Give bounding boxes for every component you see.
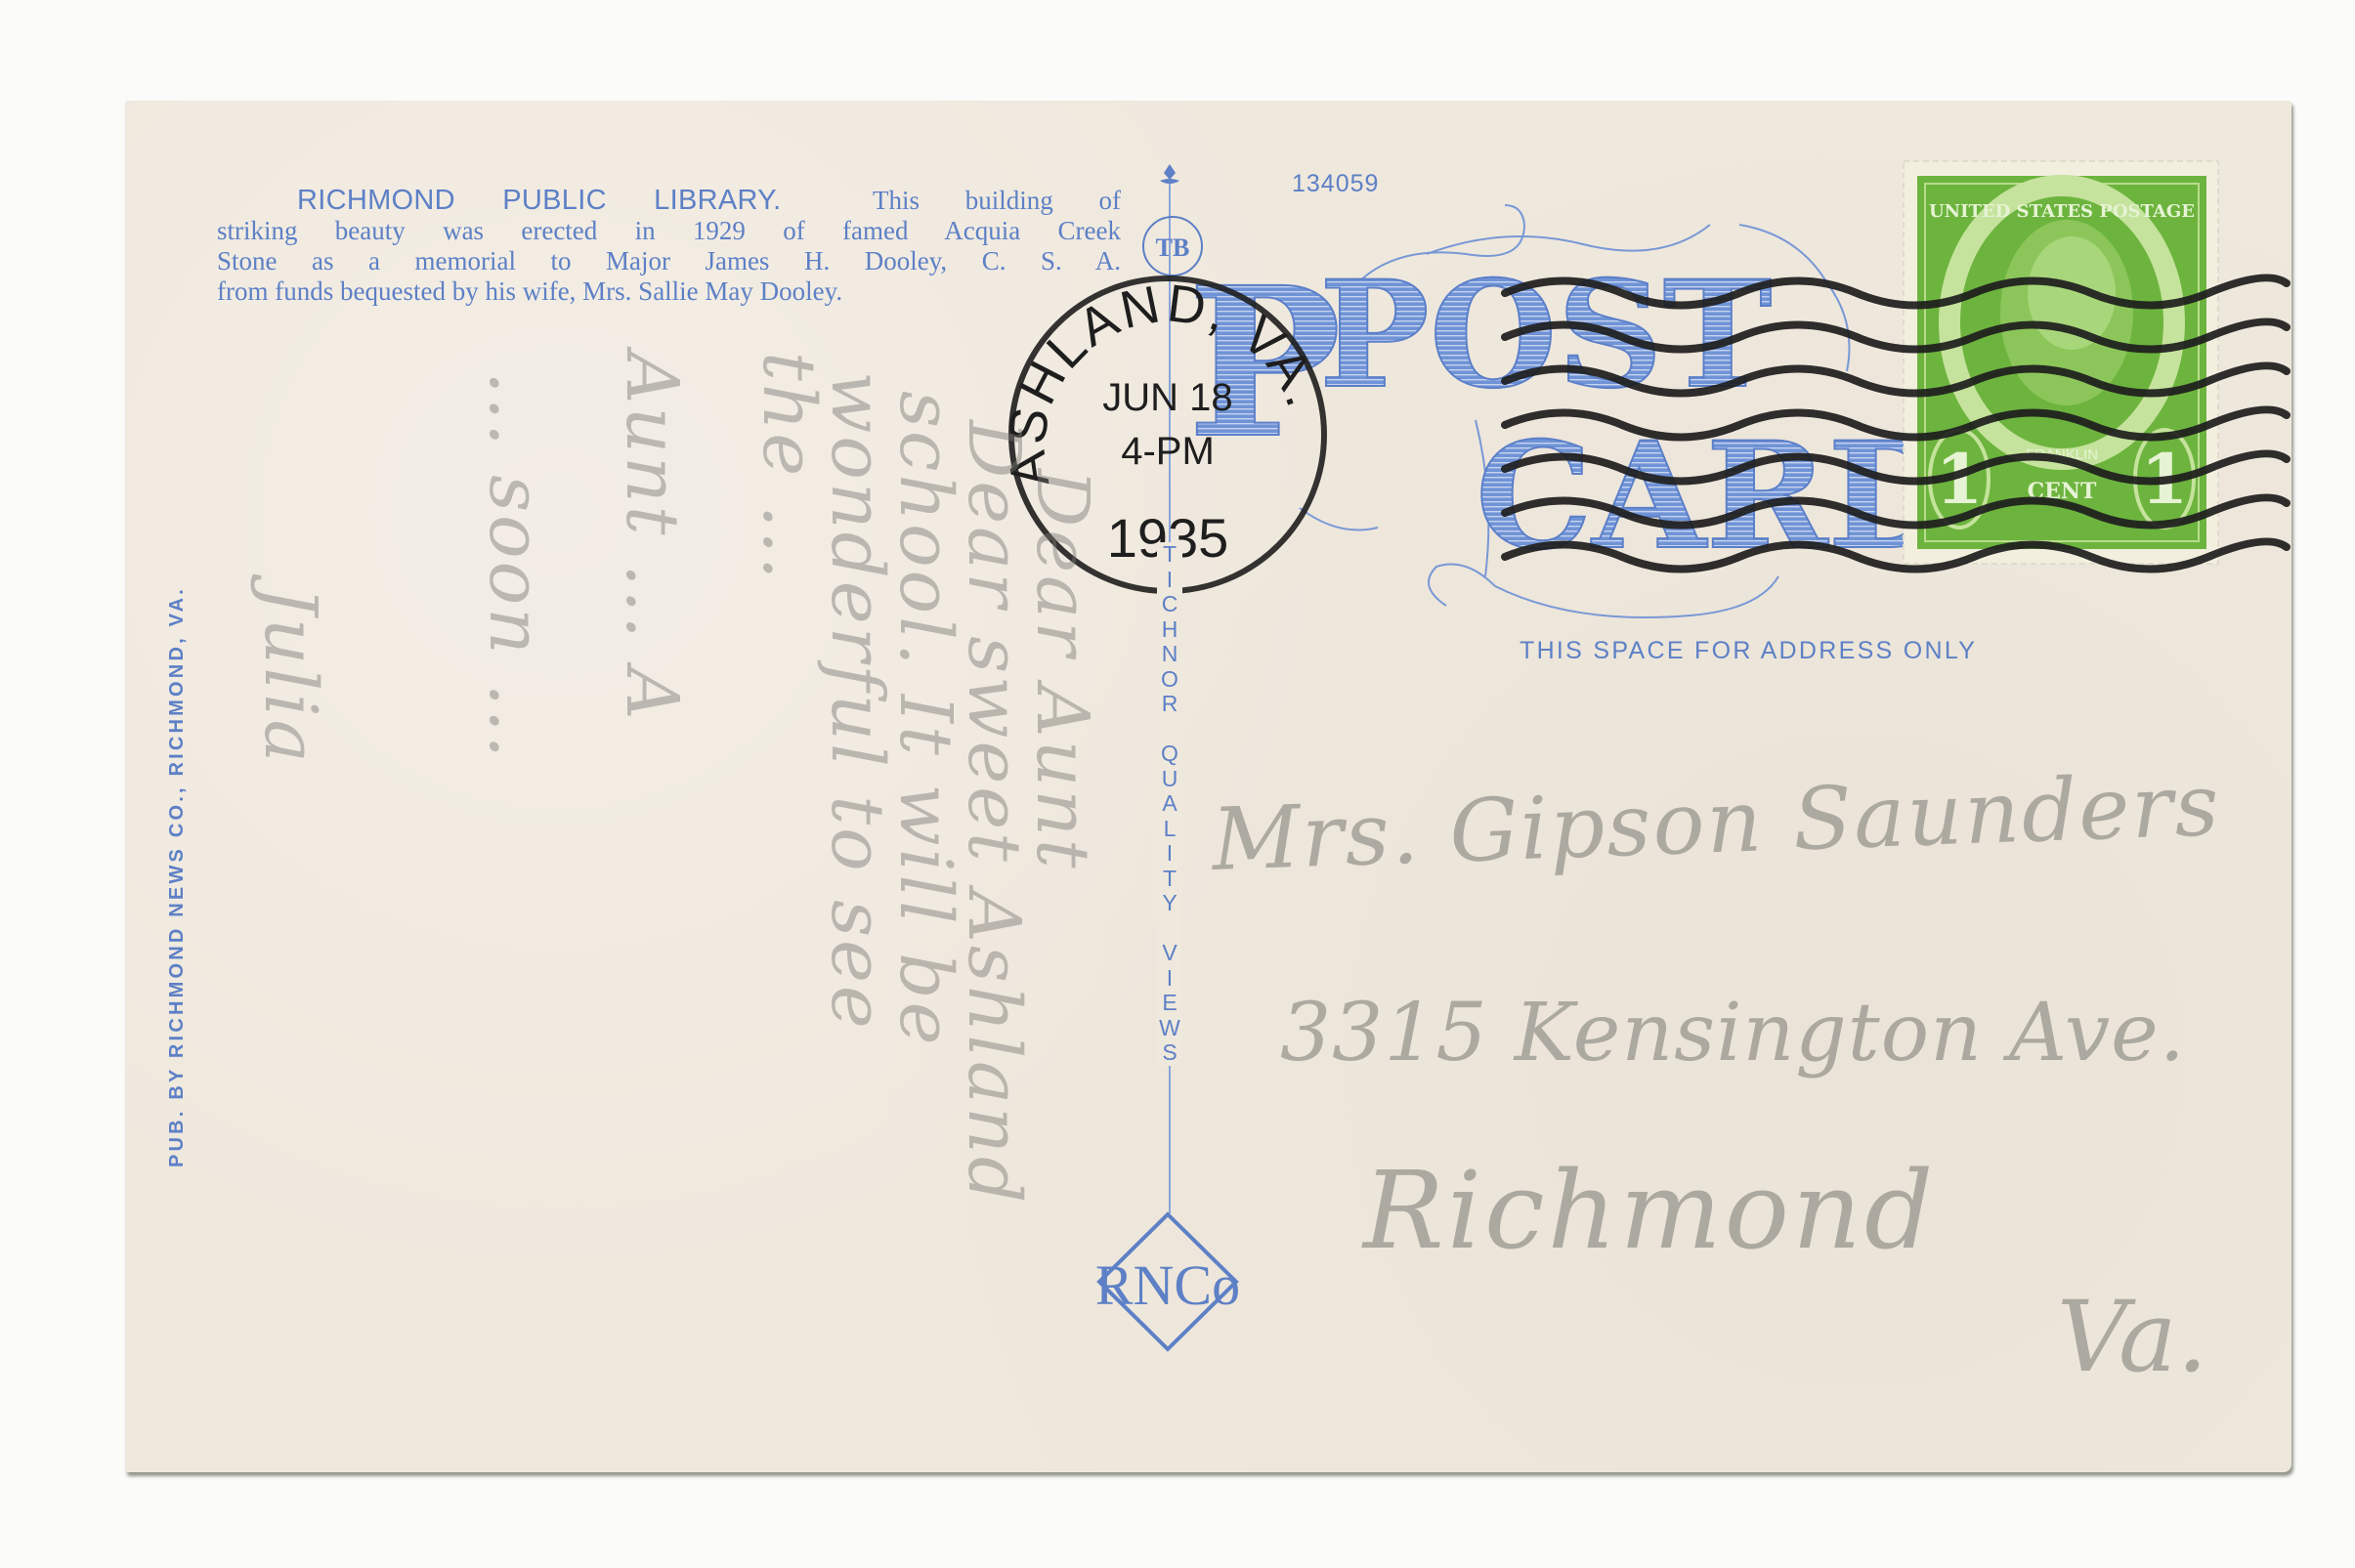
- divider-brand-letter: Q: [1157, 742, 1182, 767]
- divider-brand-letter: [1157, 717, 1182, 742]
- postmark-date: JUN 18: [1102, 376, 1232, 419]
- postmark-time: 4-PM: [1121, 430, 1215, 473]
- divider-brand-letter: N: [1157, 642, 1182, 667]
- heading-post: POST: [1319, 249, 1772, 421]
- divider-brand-letter: L: [1157, 817, 1182, 842]
- divider-brand-letter: [1157, 916, 1182, 942]
- divider-brand-letter: A: [1157, 791, 1182, 817]
- divider-brand-letter: I: [1157, 568, 1182, 593]
- svg-text:RNCo: RNCo: [1095, 1253, 1240, 1317]
- svg-text:UNITED STATES POSTAGE: UNITED STATES POSTAGE: [1929, 201, 2195, 222]
- divider-brand-letter: T: [1157, 542, 1182, 568]
- divider-brand-letter: W: [1157, 1016, 1182, 1041]
- divider-brand-letter: O: [1157, 667, 1182, 693]
- divider-brand-letter: C: [1157, 592, 1182, 617]
- address-line-state: Va.: [2057, 1280, 2207, 1394]
- divider-brand-letter: I: [1157, 966, 1182, 992]
- divider-brand-letter: I: [1157, 841, 1182, 867]
- message-signature: Julia: [248, 586, 332, 766]
- divider-brand-letter: Y: [1157, 891, 1182, 916]
- divider-brand-letter: V: [1157, 941, 1182, 966]
- divider-brand-text: TICHNOR QUALITY VIEWS: [1157, 542, 1182, 1066]
- address-line-street: 3315 Kensington Ave.: [1280, 987, 2186, 1080]
- address-line-city: Richmond: [1363, 1148, 1936, 1273]
- rnco-logo-icon: RNCo: [1095, 1214, 1240, 1349]
- address-notice: THIS SPACE FOR ADDRESS ONLY: [1520, 637, 1977, 665]
- divider-brand-letter: U: [1157, 767, 1182, 792]
- svg-text:TB: TB: [1156, 233, 1190, 262]
- message-line: ... soon ...: [473, 371, 557, 761]
- divider-brand-letter: S: [1157, 1040, 1182, 1066]
- fleur-ornament-icon: [1160, 164, 1179, 184]
- message-line: Aunt ... A: [610, 352, 694, 723]
- divider-brand-letter: E: [1157, 991, 1182, 1016]
- message-line: the ...: [747, 352, 831, 582]
- divider-brand-letter: T: [1157, 867, 1182, 892]
- divider-brand-letter: H: [1157, 617, 1182, 643]
- divider-brand-letter: R: [1157, 692, 1182, 717]
